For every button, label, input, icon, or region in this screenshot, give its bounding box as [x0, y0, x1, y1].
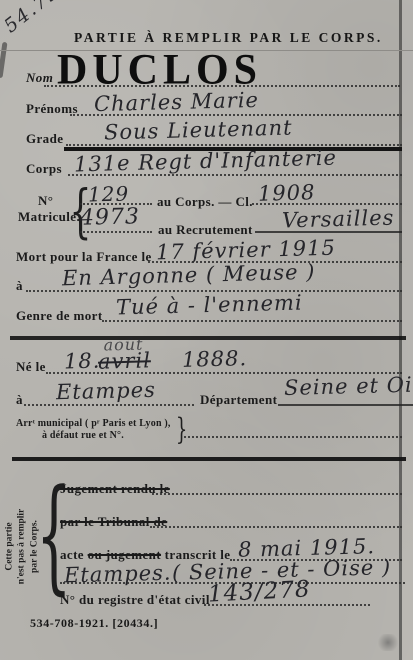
- nom-line: [44, 85, 400, 87]
- sidebar-note-line2: n'est pas à remplir: [16, 486, 28, 608]
- corps-line: [68, 174, 402, 176]
- birthplace-label: à: [16, 392, 23, 408]
- acte-label-part1: acte: [60, 547, 84, 562]
- prenoms-value: Charles Marie: [94, 88, 260, 116]
- matricule-recrutement-place: Versailles: [282, 206, 395, 233]
- matricule-recrutement-suffix: au Recrutement: [158, 222, 253, 238]
- matricule-classe-line: [252, 203, 402, 205]
- birthplace-value: Etampes: [56, 378, 156, 405]
- matricule-classe-value: 1908: [258, 180, 316, 205]
- matricule-label-no: N°: [38, 193, 53, 209]
- nom-value: DUCLOS: [57, 46, 262, 95]
- grade-label: Grade: [26, 131, 63, 147]
- jugement-line: [152, 493, 402, 495]
- corner-reference-number: 54.792: [0, 0, 75, 37]
- mort-label: Mort pour la France le: [16, 249, 152, 265]
- birthplace-line: [24, 404, 194, 406]
- lieu-mort-label: à: [16, 278, 23, 294]
- genre-mort-label: Genre de mort: [16, 308, 103, 324]
- divider-heavy-1: [10, 336, 406, 340]
- sidebar-note-line1: Cette partie: [3, 486, 15, 608]
- prenoms-line: [70, 114, 402, 116]
- matricule-corps-suffix: au Corps. — Cl.: [157, 194, 253, 210]
- military-death-record-card: 54.792 PARTIE À REMPLIR PAR LE CORPS. No…: [0, 0, 413, 660]
- arrondissement-label-line2: à défaut rue et N°.: [42, 430, 124, 441]
- printer-imprint: 534-708-1921. [20434.]: [30, 616, 158, 631]
- birth-month: avril août: [98, 348, 151, 373]
- arrondissement-line: [184, 436, 402, 438]
- tribunal-line: [150, 526, 402, 528]
- birth-year: 1888.: [182, 346, 248, 372]
- genre-mort-value: Tué à - l'ennemi: [116, 291, 303, 320]
- departement-label: Département: [200, 392, 277, 408]
- matricule-recrutement-line2: [255, 231, 402, 233]
- birth-label: Né le: [16, 359, 46, 375]
- matricule-recrutement-number: 4973: [80, 204, 141, 231]
- sidebar-note: Cette partie n'est pas à remplir par le …: [3, 486, 40, 608]
- registre-value: 143/278: [207, 576, 311, 607]
- departement-value: Seine et Oise: [284, 372, 413, 400]
- nom-label: Nom: [26, 70, 53, 86]
- lieu-mort-line: [26, 290, 402, 292]
- scan-smudge: [0, 42, 7, 78]
- registre-label: N° du registre d'état civil: [60, 592, 210, 608]
- arrondissement-label-line1: Arrᵗ municipal ( pʳ Paris et Lyon ),: [16, 418, 171, 429]
- divider-heavy-2: [12, 457, 406, 461]
- matricule-recrutement-line1: [80, 231, 152, 233]
- grade-line: [66, 144, 402, 146]
- registre-line: [204, 604, 370, 606]
- genre-mort-line: [102, 320, 402, 322]
- birth-month-correction: août: [103, 334, 143, 354]
- scan-blob: [376, 634, 400, 651]
- arrondissement-brace: }: [176, 415, 187, 445]
- acte-label-struck: ou jugement: [88, 547, 161, 562]
- grade-value: Sous Lieutenant: [104, 116, 293, 145]
- form-section-title: PARTIE À REMPLIR PAR LE CORPS.: [74, 30, 383, 46]
- corps-label: Corps: [26, 161, 62, 177]
- birth-day: 18.: [64, 349, 101, 374]
- departement-line: [278, 404, 413, 406]
- page-edge-strip: [402, 0, 413, 660]
